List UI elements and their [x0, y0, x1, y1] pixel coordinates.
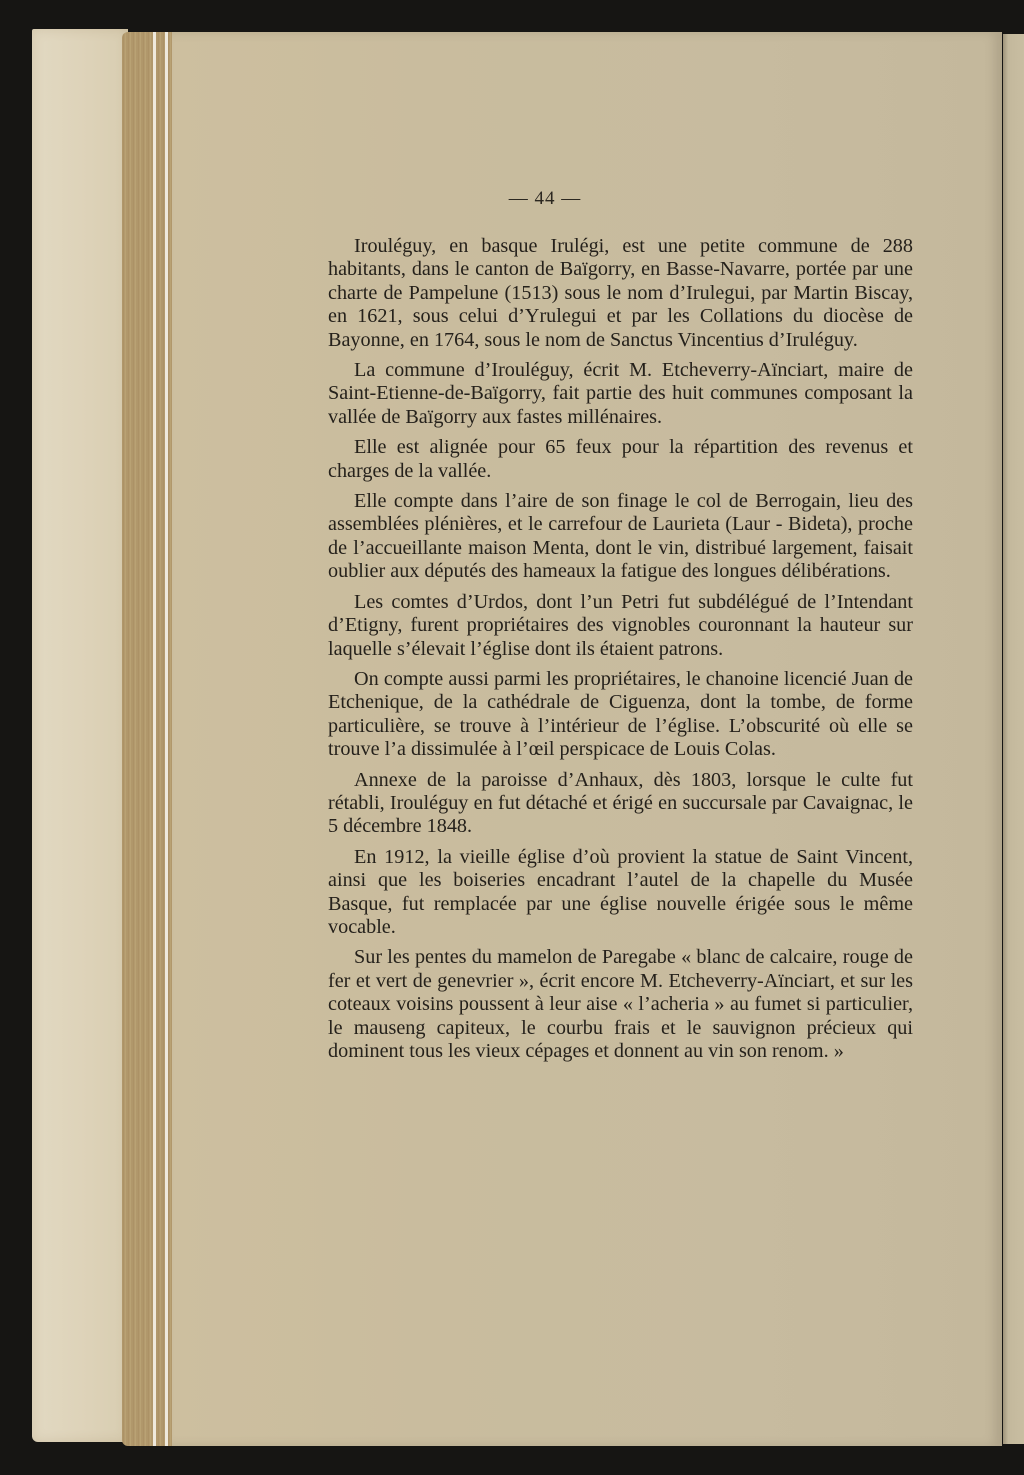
paragraph: Elle est alignée pour 65 feux pour la ré…: [328, 436, 913, 483]
paragraph: En 1912, la vieille église d’où provient…: [328, 846, 913, 940]
page-edges-stack: [122, 32, 174, 1446]
paragraph: Irouléguy, en basque Irulégi, est une pe…: [328, 235, 913, 352]
page-edge-highlight: [165, 32, 168, 1446]
paragraph: On compte aussi parmi les propriétaires,…: [328, 668, 913, 762]
page-edge-highlight: [153, 32, 156, 1446]
paragraph: Sur les pentes du mamelon de Paregabe « …: [328, 946, 913, 1063]
cover-flap: [32, 29, 128, 1442]
body-text: Irouléguy, en basque Irulégi, est une pe…: [328, 235, 913, 1063]
facing-page-sliver: [1003, 34, 1024, 1444]
scanned-book-spread: — 44 — Irouléguy, en basque Irulégi, est…: [0, 0, 1024, 1475]
paragraph: Elle compte dans l’aire de son finage le…: [328, 490, 913, 584]
paragraph: Les comtes d’Urdos, dont l’un Petri fut …: [328, 591, 913, 661]
paragraph: La commune d’Irouléguy, écrit M. Etcheve…: [328, 359, 913, 429]
paragraph: Annexe de la paroisse d’Anhaux, dès 1803…: [328, 769, 913, 839]
page-number: — 44 —: [0, 188, 1024, 210]
